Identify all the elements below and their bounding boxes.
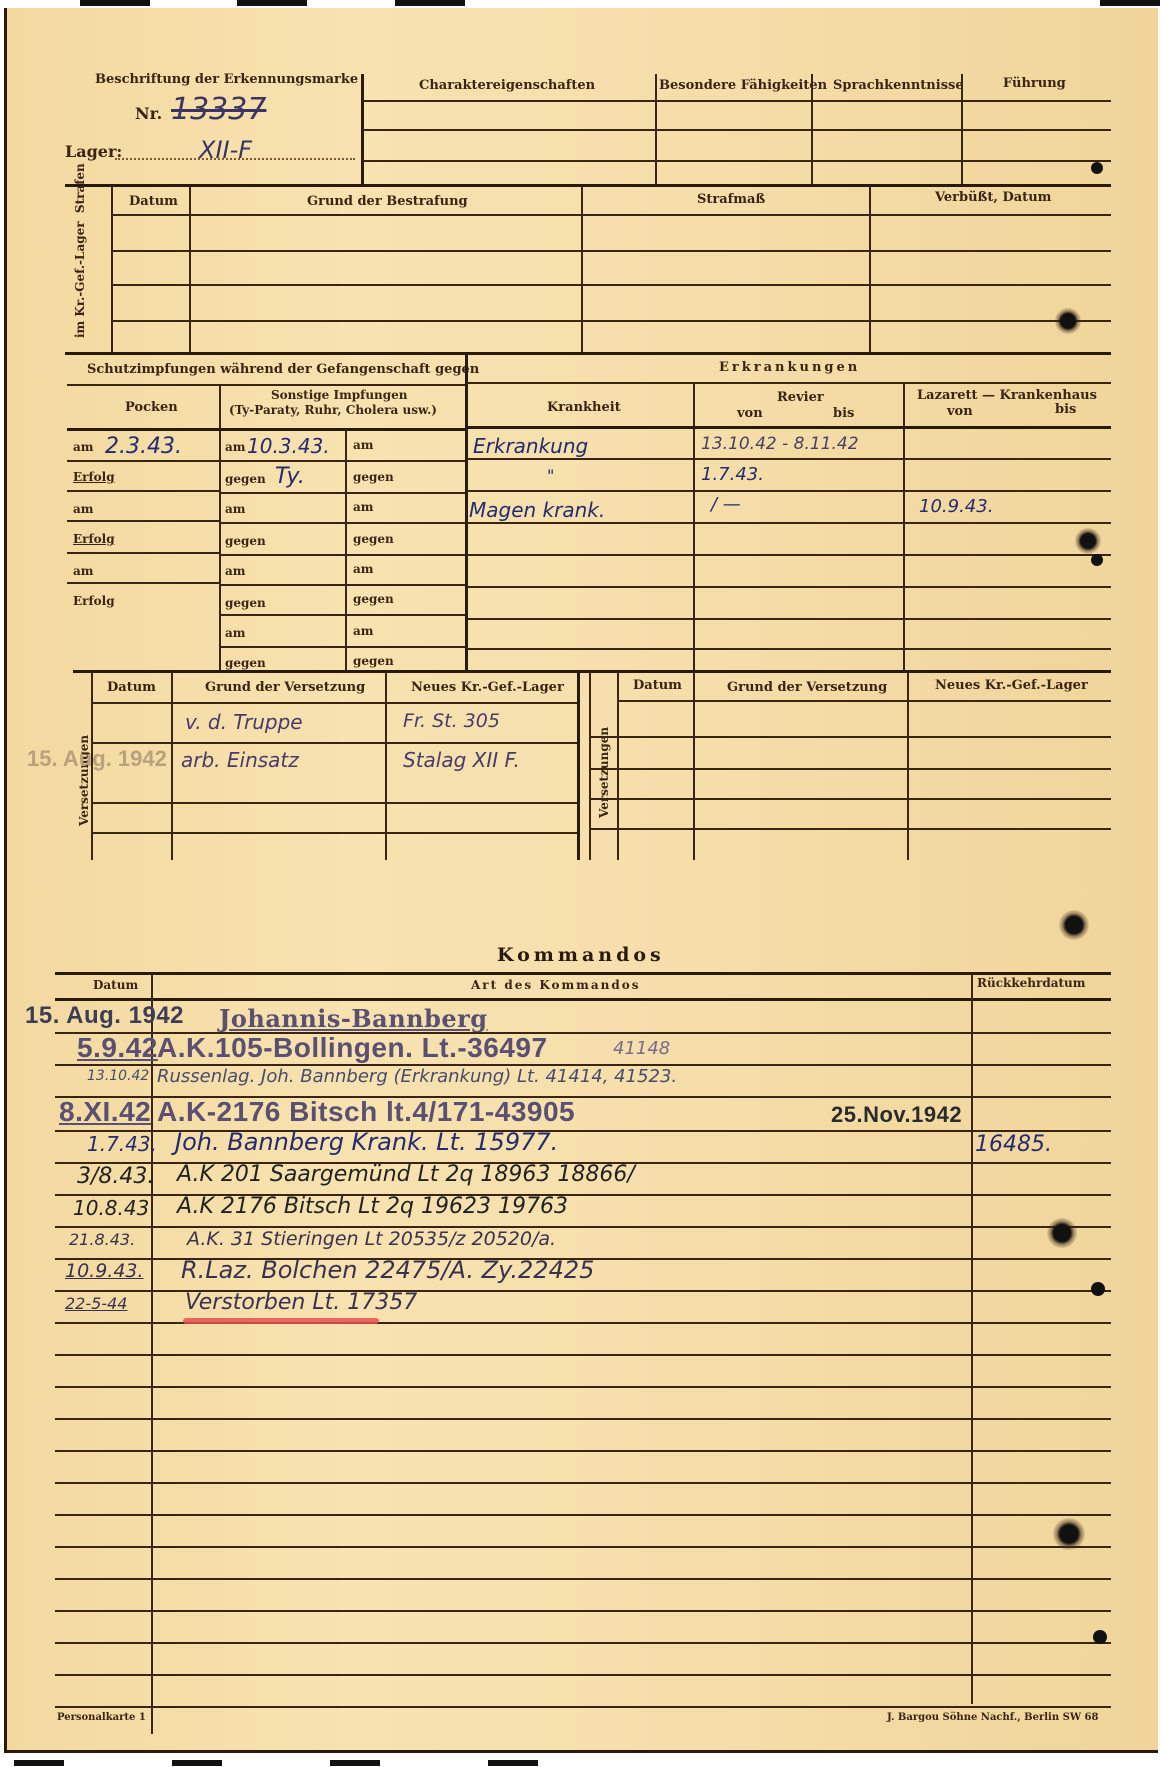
- scan-mark: [1100, 0, 1160, 6]
- scan-mark: [80, 0, 150, 6]
- transfer-lager-header: Neues Kr.-Gef.-Lager: [411, 680, 564, 695]
- pocken-date-1: 2.3.43.: [105, 434, 182, 459]
- scan-mark: [237, 0, 307, 6]
- kommando-rueckkehr-header: Rückkehrdatum: [977, 976, 1085, 990]
- kommando-row-8-art: A.K. 31 Stieringen Lt 20535/z 20520/a.: [187, 1228, 556, 1250]
- kommando-row-10-datum: 22-5-44: [65, 1294, 127, 1313]
- illness-1: Erkrankung: [473, 434, 588, 458]
- bullet-hole: [1075, 528, 1101, 554]
- nr-value: 13337: [171, 92, 266, 127]
- vaccination-title: Schutzimpfungen während der Gefangenscha…: [87, 362, 479, 377]
- punch-dot: [1091, 1282, 1105, 1296]
- kommando-row-5-rueckkehr: 16485.: [975, 1132, 1052, 1157]
- kommando-row-3-art: Russenlag. Joh. Bannberg (Erkrankung) Lt…: [157, 1066, 677, 1087]
- kommando-row-7-datum: 10.8.43: [73, 1196, 149, 1220]
- kommando-row-3-datum: 13.10.42: [87, 1068, 149, 1084]
- footer-printer: J. Bargou Söhne Nachf., Berlin SW 68: [887, 1712, 1098, 1723]
- kommando-datum-header: Datum: [93, 978, 138, 992]
- personnel-card: Beschriftung der Erkennungsmarke Nr. 133…: [4, 8, 1158, 1753]
- kommando-row-1-art: Johannis-Bannberg: [219, 1004, 488, 1033]
- kommando-row-8-datum: 21.8.43.: [69, 1230, 135, 1249]
- scan-mark: [488, 1760, 538, 1766]
- revier-header: Revier: [777, 390, 824, 405]
- kommando-art-header: Art des Kommandos: [471, 978, 641, 992]
- bullet-hole: [1055, 308, 1081, 334]
- lager-value: XII-F: [199, 136, 252, 164]
- kommando-row-9-datum: 10.9.43.: [65, 1260, 144, 1282]
- kommando-row-2-datum: 5.9.42: [77, 1032, 158, 1064]
- languages-header: Sprachkenntnisse: [833, 78, 964, 93]
- kommando-row-5-art: Joh. Bannberg Krank. Lt. 15977.: [175, 1128, 558, 1156]
- punch-dot: [1091, 554, 1103, 566]
- kommando-row-4-art: A.K-2176 Bitsch lt.4/171-43905: [157, 1096, 575, 1128]
- krankheit-header: Krankheit: [547, 400, 621, 415]
- punish-strafmass-header: Strafmaß: [697, 192, 765, 207]
- kommando-row-6-datum: 3/8.43.: [77, 1164, 154, 1189]
- transfer-grund-1: v. d. Truppe: [185, 710, 303, 734]
- kommando-row-6-art: A.K 201 Saargemünd Lt 2q 18963 18866/: [177, 1162, 635, 1187]
- tag-label: Beschriftung der Erkennungsmarke: [95, 72, 358, 87]
- transfer-datum-header: Datum: [107, 680, 156, 695]
- transfer-datum-2: 15. Aug. 1942: [27, 746, 167, 772]
- other-vacc-against: Ty.: [275, 464, 305, 489]
- kommando-row-5-datum: 1.7.43.: [87, 1132, 157, 1156]
- transfers-side-label-right: Versetzungen: [597, 727, 611, 818]
- bullet-hole: [1047, 1218, 1077, 1248]
- kommando-row-10-art: Verstorben Lt. 17357: [185, 1290, 417, 1315]
- kommando-row-2-extra: 41148: [613, 1038, 670, 1059]
- character-header: Charaktereigenschaften: [419, 78, 595, 93]
- revier-3: / —: [711, 494, 741, 515]
- footer-form-name: Personalkarte 1: [57, 1712, 146, 1723]
- conduct-header: Führung: [1003, 76, 1066, 91]
- transfer-lager-1: Fr. St. 305: [403, 710, 500, 732]
- kommando-row-7-art: A.K 2176 Bitsch Lt 2q 19623 19763: [177, 1194, 568, 1219]
- scan-mark: [395, 0, 465, 6]
- bullet-hole: [1059, 910, 1089, 940]
- other-vacc-date: 10.3.43.: [247, 434, 330, 458]
- skills-header: Besondere Fähigkeiten: [659, 78, 827, 93]
- other-vacc-header-1: Sonstige Impfungen: [271, 388, 408, 402]
- red-underline-mark: [183, 1318, 379, 1324]
- kommando-row-1-datum: 15. Aug. 1942: [25, 1002, 184, 1030]
- nr-label: Nr.: [135, 104, 162, 123]
- transfer-lager-2: Stalag XII F.: [403, 748, 520, 772]
- punish-grund-header: Grund der Bestrafung: [307, 194, 468, 209]
- other-vacc-header-2: (Ty-Paraty, Ruhr, Cholera usw.): [229, 403, 437, 417]
- punish-datum-header: Datum: [129, 194, 178, 209]
- lazarett-header: Lazarett — Krankenhaus: [917, 388, 1097, 403]
- revier-1: 13.10.42 - 8.11.42: [701, 434, 859, 454]
- transfer-grund-2: arb. Einsatz: [181, 748, 299, 772]
- punch-dot: [1093, 1630, 1107, 1644]
- illness-3: Magen krank.: [469, 498, 605, 522]
- illness-2: ": [547, 466, 554, 485]
- kommandos-title: Kommandos: [497, 944, 665, 966]
- pocken-header: Pocken: [125, 400, 178, 415]
- kommando-row-9-art: R.Laz. Bolchen 22475/A. Zy.22425: [181, 1256, 594, 1284]
- kommando-row-4-datum: 8.XI.42: [59, 1096, 151, 1128]
- scan-mark: [172, 1760, 222, 1766]
- transfer-grund-header: Grund der Versetzung: [205, 680, 365, 695]
- scan-mark: [14, 1760, 64, 1766]
- punch-dot: [1091, 162, 1103, 174]
- illness-title: Erkrankungen: [719, 360, 860, 375]
- lazarett-3: 10.9.43.: [919, 496, 993, 517]
- punish-verbuesst-header: Verbüßt, Datum: [935, 190, 1051, 205]
- scan-mark: [330, 1760, 380, 1766]
- bullet-hole: [1053, 1518, 1085, 1550]
- kommando-row-4-extra: 25.Nov.1942: [831, 1102, 962, 1128]
- revier-2: 1.7.43.: [701, 464, 764, 485]
- punishments-side-label: im Kr.-Gef.-Lager Strafen: [73, 163, 87, 338]
- kommando-row-2-art: A.K.105-Bollingen. Lt.-36497: [157, 1032, 548, 1064]
- lager-label: Lager:: [65, 142, 122, 161]
